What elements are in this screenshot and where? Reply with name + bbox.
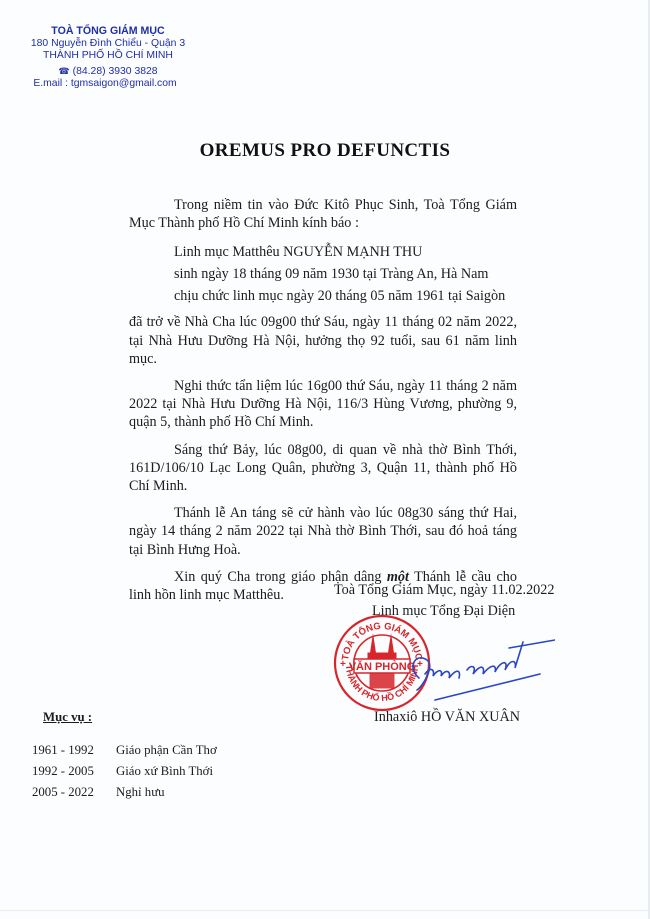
page-title: OREMUS PRO DEFUNCTIS [0, 140, 650, 162]
city-line: THÀNH PHỐ HỒ CHÍ MINH [28, 50, 188, 63]
death-paragraph: đã trở về Nhà Cha lúc 09g00 thứ Sáu, ngà… [129, 313, 517, 368]
list-item: 1961 - 1992 Giáo phận Cần Thơ [32, 740, 332, 761]
priest-name: Linh mục Matthêu NGUYỄN MẠNH THU [174, 241, 517, 263]
organization-name: TOÀ TỔNG GIÁM MỤC [28, 25, 188, 38]
ministry-years: 1992 - 2005 [32, 761, 112, 782]
letterhead: TOÀ TỔNG GIÁM MỤC 180 Nguyễn Đình Chiểu … [28, 25, 188, 91]
intro-paragraph: Trong niềm tin vào Đức Kitô Phục Sinh, T… [129, 196, 517, 232]
document-page: TOÀ TỔNG GIÁM MỤC 180 Nguyễn Đình Chiểu … [0, 0, 650, 919]
birth-line: sinh ngày 18 tháng 09 năm 1930 tại Tràng… [174, 263, 517, 285]
address-line: 180 Nguyễn Đình Chiểu - Quận 3 [28, 38, 188, 51]
ordination-line: chịu chức linh mục ngày 20 tháng 05 năm … [174, 285, 517, 307]
ministry-years: 1961 - 1992 [32, 740, 112, 761]
ministry-place: Giáo phận Cần Thơ [116, 740, 217, 761]
signature-icon [405, 630, 555, 710]
ministry-years: 2005 - 2022 [32, 782, 112, 803]
ministry-place: Nghỉ hưu [116, 782, 165, 803]
phone-icon: ☎ [58, 66, 69, 76]
phone-line: ☎(84.28) 3930 3828 [28, 65, 188, 79]
signature-dateline: Toà Tổng Giám Mục, ngày 11.02.2022 [334, 580, 554, 600]
ministry-place: Giáo xứ Bình Thới [116, 761, 213, 782]
list-item: 1992 - 2005 Giáo xứ Bình Thới [32, 761, 332, 782]
ministry-heading: Mục vụ : [43, 710, 332, 730]
phone-number: (84.28) 3930 3828 [73, 66, 158, 77]
email-line: E.mail : tgmsaigon@gmail.com [22, 78, 188, 91]
transfer-paragraph: Sáng thứ Bảy, lúc 08g00, di quan về nhà … [129, 441, 517, 496]
announcement-body: Trong niềm tin vào Đức Kitô Phục Sinh, T… [129, 196, 517, 613]
ministry-section: Mục vụ : 1961 - 1992 Giáo phận Cần Thơ 1… [32, 710, 332, 803]
funeral-paragraph: Thánh lễ An táng sẽ cử hành vào lúc 08g3… [129, 504, 517, 559]
ministry-list: 1961 - 1992 Giáo phận Cần Thơ 1992 - 200… [32, 740, 332, 803]
priest-details: Linh mục Matthêu NGUYỄN MẠNH THU sinh ng… [174, 241, 517, 307]
svg-text:+: + [340, 659, 346, 670]
encoffining-paragraph: Nghi thức tẩn liệm lúc 16g00 thứ Sáu, ng… [129, 377, 517, 432]
list-item: 2005 - 2022 Nghỉ hưu [32, 782, 332, 803]
